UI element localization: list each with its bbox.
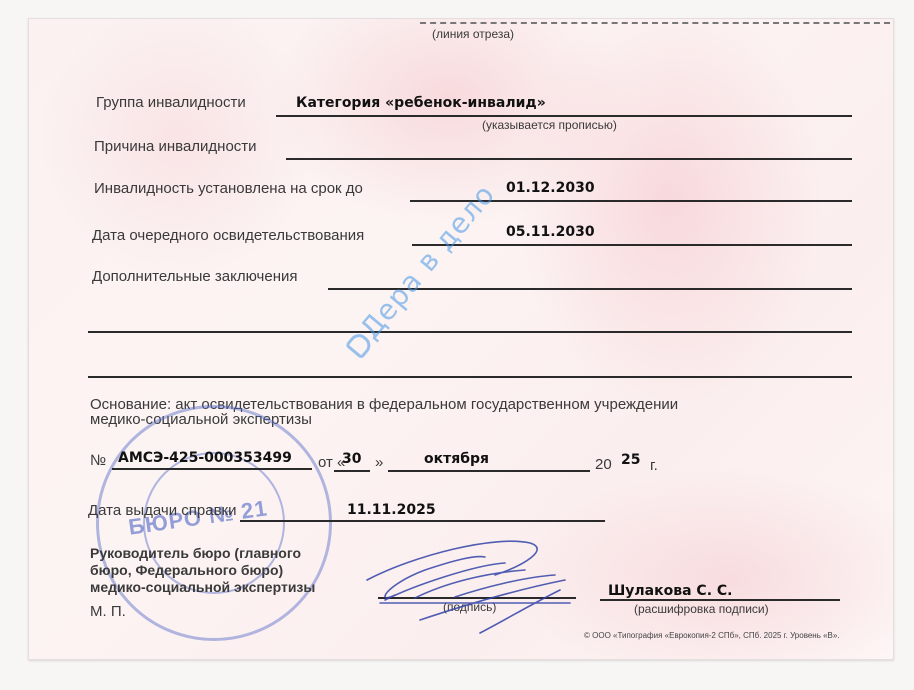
number-prefix: № bbox=[90, 452, 106, 469]
additional-line-3 bbox=[88, 376, 852, 378]
next-exam-label: Дата очередного освидетельствования bbox=[92, 227, 364, 244]
next-exam-line bbox=[412, 244, 852, 246]
disability-group-hint: (указывается прописью) bbox=[482, 118, 617, 132]
valid-until-value: 01.12.2030 bbox=[506, 180, 595, 196]
signatory-name: Шулакова С. С. bbox=[608, 583, 732, 599]
day-close: » bbox=[375, 454, 383, 471]
number-line bbox=[112, 468, 312, 470]
year-unit: г. bbox=[650, 457, 658, 474]
act-year-suffix: 25 bbox=[621, 452, 640, 468]
signatory-title-line-1: Руководитель бюро (главного bbox=[90, 545, 301, 562]
valid-until-label: Инвалидность установлена на срок до bbox=[94, 180, 363, 197]
additional-conclusions-label: Дополнительные заключения bbox=[92, 268, 297, 285]
issue-date-value: 11.11.2025 bbox=[347, 502, 436, 518]
day-line bbox=[334, 470, 370, 472]
additional-line-2 bbox=[88, 331, 852, 333]
act-day: 30 bbox=[342, 451, 361, 467]
signatory-title-line-3: медико-социальной экспертизы bbox=[90, 579, 315, 596]
act-number: АМСЭ-425-000353499 bbox=[118, 450, 292, 466]
month-line bbox=[388, 470, 590, 472]
signatory-name-hint: (расшифровка подписи) bbox=[634, 602, 769, 616]
signatory-name-line bbox=[600, 599, 840, 601]
next-exam-value: 05.11.2030 bbox=[506, 224, 595, 240]
disability-group-line bbox=[276, 115, 852, 117]
handwritten-signature bbox=[355, 525, 585, 635]
disability-cause-line bbox=[286, 158, 852, 160]
disability-cause-label: Причина инвалидности bbox=[94, 138, 257, 155]
year-prefix: 20 bbox=[595, 456, 612, 473]
seal-place: М. П. bbox=[90, 603, 126, 620]
cut-line-label: (линия отреза) bbox=[432, 27, 514, 41]
cut-line bbox=[420, 22, 890, 24]
issue-date-line bbox=[240, 520, 605, 522]
printer-footer: © ООО «Типография «Еврокопия-2 СПб», СПб… bbox=[584, 631, 840, 640]
disability-group-value: Категория «ребенок-инвалид» bbox=[296, 95, 546, 111]
disability-group-label: Группа инвалидности bbox=[96, 94, 246, 111]
issue-date-label: Дата выдачи справки bbox=[88, 502, 236, 519]
act-month: октября bbox=[424, 451, 489, 467]
signatory-title-line-2: бюро, Федерального бюро) bbox=[90, 562, 283, 579]
